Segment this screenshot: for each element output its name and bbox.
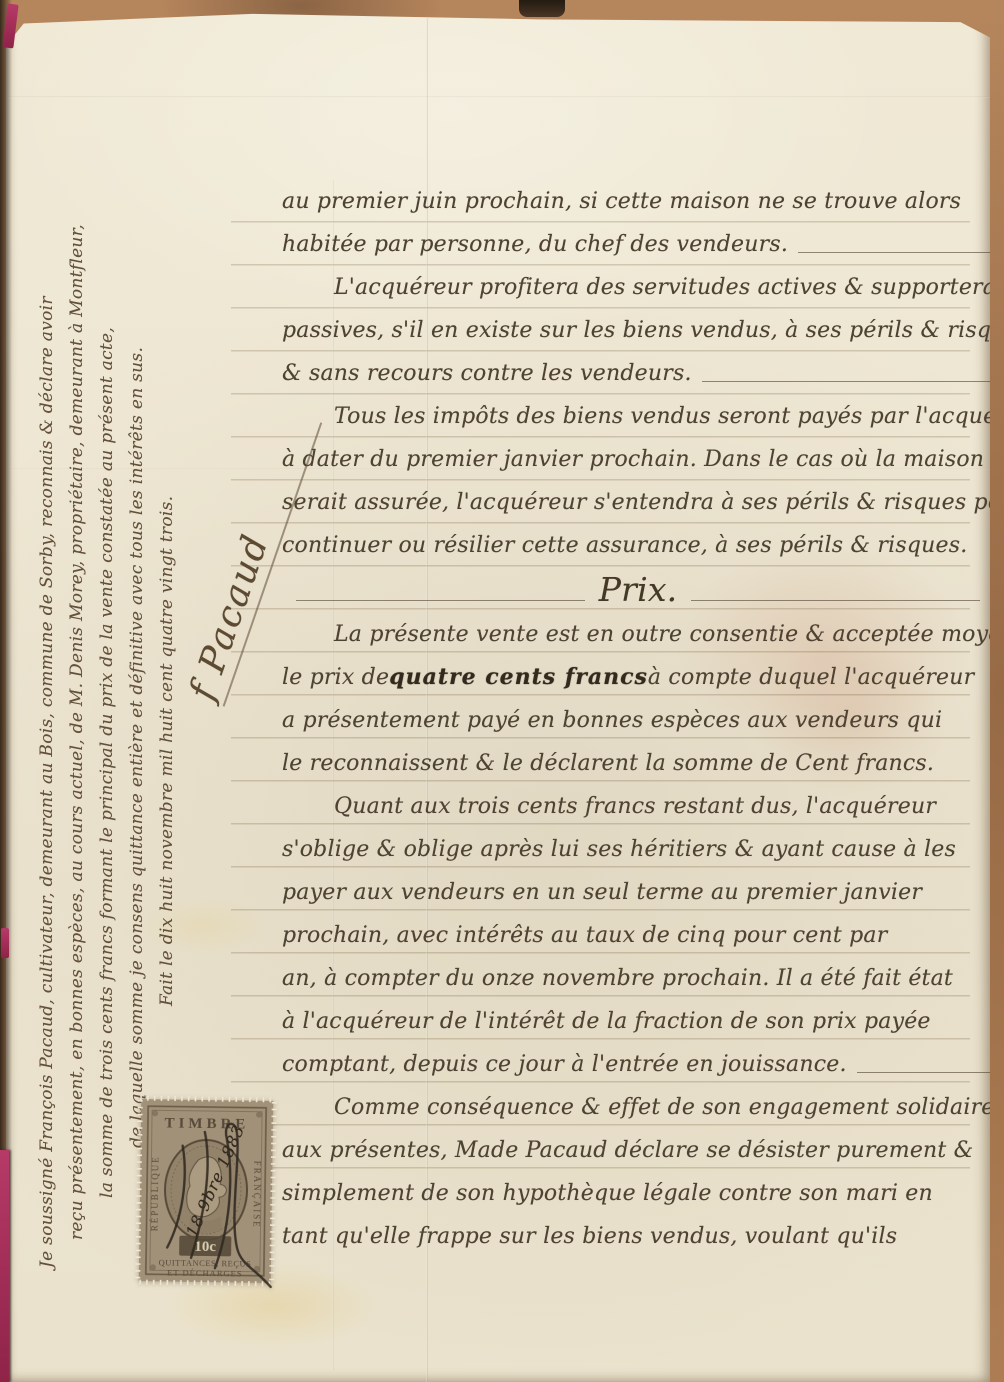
price-amount-text: quatre cents francs [389,656,648,699]
handwritten-text: passives, s'il en existe sur les biens v… [282,309,1004,352]
flourish-rule [691,600,980,601]
handwritten-line: le reconnaissent & le déclarent la somme… [282,742,994,785]
handwritten-line: au premier juin prochain, si cette maiso… [282,180,994,223]
flourish-rule [296,600,585,601]
handwritten-line: habitée par personne, du chef des vendeu… [282,223,994,266]
binding-ribbon [1,928,9,958]
handwritten-line: tant qu'elle frappe sur les biens vendus… [282,1215,994,1258]
handwritten-line: à l'acquéreur de l'intérêt de la fractio… [282,1000,994,1043]
stamp-bottom-text-2: ET DÉCHARGES [167,1267,243,1278]
heading-text: Prix. [599,567,678,613]
handwritten-text: à l'acquéreur de l'intérêt de la fractio… [282,1000,931,1043]
handwritten-line: an, à compter du onze novembre prochain.… [282,957,994,1000]
stamp-left-text: RÉPUBLIQUE [149,1155,160,1231]
margin-note-line: reçu présentement, en bonnes espèces, au… [62,30,92,1268]
handwritten-text: L'acquéreur profitera des servitudes act… [334,266,1004,309]
stamp-value: 10c [194,1239,216,1255]
handwritten-text: serait assurée, l'acquéreur s'entendra à… [282,481,1004,524]
handwritten-line: passives, s'il en existe sur les biens v… [282,309,994,352]
handwritten-text: comptant, depuis ce jour à l'entrée en j… [282,1043,847,1086]
binding-ribbon [0,1150,9,1382]
handwritten-text: Comme conséquence & effet de son engagem… [334,1086,995,1129]
handwritten-line: serait assurée, l'acquéreur s'entendra à… [282,481,994,524]
handwritten-text: Quant aux trois cents francs restant dus… [334,785,936,828]
margin-note-line: Je soussigné François Pacaud, cultivateu… [32,30,62,1268]
handwritten-line: Tous les impôts des biens vendus seront … [282,395,994,438]
margin-note-line: Fait le dix huit novembre mil huit cent … [152,30,182,1268]
handwritten-text: à dater du premier janvier prochain. Dan… [282,438,984,481]
stamp-right-text: FRANÇAISE [251,1161,262,1229]
handwritten-line: aux présentes, Made Pacaud déclare se dé… [282,1129,994,1172]
handwritten-text: Tous les impôts des biens vendus seront … [334,395,1004,438]
margin-note-line: de laquelle somme je consens quittance e… [122,30,152,1268]
handwritten-text: & sans recours contre les vendeurs. [282,352,692,395]
handwritten-text: s'oblige & oblige après lui ses héritier… [282,828,956,871]
handwritten-text: prochain, avec intérêts au taux de cinq … [282,914,887,957]
handwritten-line: comptant, depuis ce jour à l'entrée en j… [282,1043,994,1086]
handwritten-text: payer aux vendeurs en un seul terme au p… [282,871,922,914]
handwritten-line: L'acquéreur profitera des servitudes act… [282,266,994,309]
flourish-rule [798,252,994,253]
handwritten-text: au premier juin prochain, si cette maiso… [282,180,961,223]
handwritten-line: Comme conséquence & effet de son engagem… [282,1086,994,1129]
handwritten-text: simplement de son hypothèque légale cont… [282,1172,933,1215]
handwritten-line: a présentement payé en bonnes espèces au… [282,699,994,742]
handwritten-line: s'oblige & oblige après lui ses héritier… [282,828,994,871]
handwritten-text: le prix de [282,656,389,699]
handwritten-line: à dater du premier janvier prochain. Dan… [282,438,994,481]
section-heading-prix: Prix. [282,567,994,613]
margin-note: Je soussigné François Pacaud, cultivateu… [32,30,190,1268]
handwritten-line: prochain, avec intérêts au taux de cinq … [282,914,994,957]
handwritten-text: à compte duquel l'acquéreur [648,656,974,699]
handwritten-text: tant qu'elle frappe sur les biens vendus… [282,1215,897,1258]
handwritten-line: La présente vente est en outre consentie… [282,613,994,656]
handwritten-text: an, à compter du onze novembre prochain.… [282,957,953,1000]
flourish-rule [857,1072,994,1073]
scanned-document-page: au premier juin prochain, si cette maiso… [0,0,1004,1382]
handwritten-text: aux présentes, Made Pacaud déclare se dé… [282,1129,973,1172]
body-text: au premier juin prochain, si cette maiso… [282,180,994,1258]
handwritten-text: habitée par personne, du chef des vendeu… [282,223,788,266]
handwritten-text: La présente vente est en outre consentie… [334,613,1004,656]
handwritten-line: & sans recours contre les vendeurs. [282,352,994,395]
handwritten-line: le prix de quatre cents francs à compte … [282,656,994,699]
flourish-rule [702,381,994,382]
handwritten-line: simplement de son hypothèque légale cont… [282,1172,994,1215]
handwritten-line: payer aux vendeurs en un seul terme au p… [282,871,994,914]
handwritten-line: continuer ou résilier cette assurance, à… [282,524,994,567]
handwritten-text: a présentement payé en bonnes espèces au… [282,699,942,742]
paper-sheet: au premier juin prochain, si cette maiso… [6,0,990,1382]
handwritten-line: Quant aux trois cents francs restant dus… [282,785,994,828]
handwritten-text: le reconnaissent & le déclarent la somme… [282,742,934,785]
handwritten-text: continuer ou résilier cette assurance, à… [282,524,967,567]
margin-note-line: la somme de trois cents francs formant l… [92,30,122,1268]
binding-notch [519,0,565,17]
